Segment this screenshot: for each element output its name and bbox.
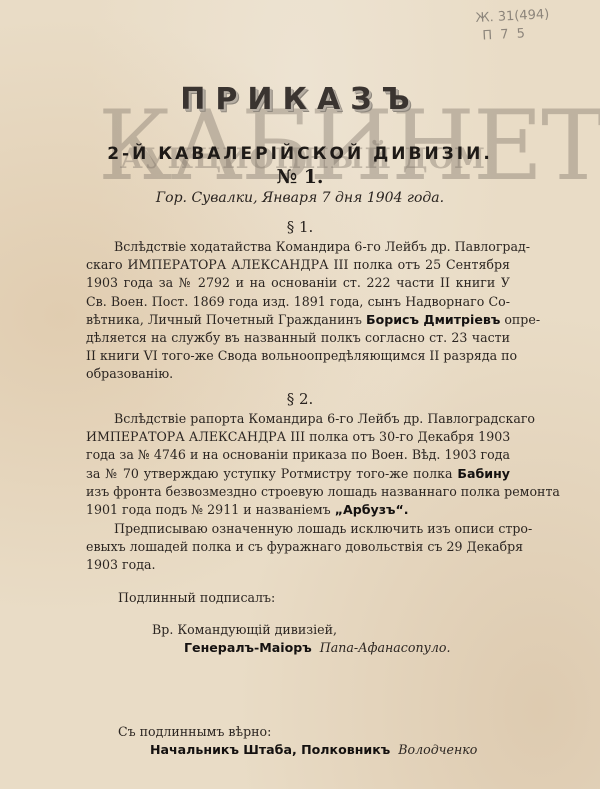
chief-title: Начальникъ Штаба, Полковникъ xyxy=(150,742,390,757)
text-line: 1903 года за № 2792 и на основаніи ст. 2… xyxy=(86,274,510,292)
text-line: 1901 года подъ № 2911 и названіемъ „Арбу… xyxy=(86,501,510,519)
text-fragment: 1901 года подъ № 2911 и названіемъ xyxy=(86,502,331,517)
person-name: Борисъ Дмитріевъ xyxy=(366,312,500,327)
section-2-heading: § 2. xyxy=(0,390,600,408)
place-date: Гор. Сувалки, Января 7 дня 1904 года. xyxy=(0,190,600,206)
division-subtitle: 2-Й КАВАЛЕРІЙСКОЙ ДИВИЗІИ. xyxy=(0,144,600,164)
pencil-inventory-note: Ж. 31(494) П 7 5 xyxy=(475,6,551,46)
pencil-note-line-1: Ж. 31(494) xyxy=(475,6,550,28)
document-page: Ж. 31(494) П 7 5 КАБИНЕТЪ АУКЦИОННЫЙ ДОМ… xyxy=(0,0,600,789)
section-2-instruction: Предписываю означенную лошадь исключить … xyxy=(86,520,510,575)
general-name: Папа-Афанасопуло. xyxy=(320,640,451,655)
page-title: ПРИКАЗЪ xyxy=(0,82,600,117)
acting-commander: Вр. Командующій дивизіей, xyxy=(152,622,337,637)
text-fragment: опре- xyxy=(504,312,540,327)
pencil-note-line-2: П 7 5 xyxy=(476,24,551,46)
horse-name: „Арбузъ“. xyxy=(335,502,409,517)
order-number: № 1. xyxy=(0,166,600,188)
certified-label: Съ подлиннымъ вѣрно: xyxy=(118,724,271,739)
section-2-body: Вслѣдствіе рапорта Командира 6-го Лейбъ … xyxy=(86,410,510,519)
chief-name: Володченко xyxy=(398,742,477,757)
general-rank: Генералъ-Маіоръ xyxy=(184,640,312,655)
text-line: II книги VI того-же Свода вольноопредѣля… xyxy=(86,347,510,365)
chief-of-staff-line: Начальникъ Штаба, Полковникъ Володченко xyxy=(150,742,477,757)
text-line: образованію. xyxy=(86,365,510,383)
text-line: Св. Воен. Пост. 1869 года изд. 1891 года… xyxy=(86,293,510,311)
text-line: Предписываю означенную лошадь исключить … xyxy=(86,520,510,538)
text-line: года за № 4746 и на основаніи приказа по… xyxy=(86,446,510,464)
text-line: изъ фронта безвозмездно строевую лошадь … xyxy=(86,483,510,501)
text-line: 1903 года. xyxy=(86,556,510,574)
text-line: скаго ИМПЕРАТОРА АЛЕКСАНДРА III полка от… xyxy=(86,256,510,274)
text-line: Вслѣдствіе ходатайства Командира 6-го Ле… xyxy=(86,238,510,256)
text-line: дѣляется на службу въ названный полкъ со… xyxy=(86,329,510,347)
text-line: вѣтника, Личный Почетный Гражданинъ Бори… xyxy=(86,311,510,329)
text-fragment: вѣтника, Личный Почетный Гражданинъ xyxy=(86,312,362,327)
text-line: Вслѣдствіе рапорта Командира 6-го Лейбъ … xyxy=(86,410,510,428)
text-fragment: за № 70 утверждаю уступку Ротмистру того… xyxy=(86,466,453,481)
general-signature-line: Генералъ-Маіоръ Папа-Афанасопуло. xyxy=(184,640,450,655)
signed-label: Подлинный подписалъ: xyxy=(118,590,275,605)
officer-name: Бабину xyxy=(457,466,510,481)
section-1-heading: § 1. xyxy=(0,218,600,236)
section-1-body: Вслѣдствіе ходатайства Командира 6-го Ле… xyxy=(86,238,510,384)
text-line: евыхъ лошадей полка и съ фуражнаго довол… xyxy=(86,538,510,556)
text-line: ИМПЕРАТОРА АЛЕКСАНДРА III полка отъ 30-г… xyxy=(86,428,510,446)
text-line: за № 70 утверждаю уступку Ротмистру того… xyxy=(86,465,510,483)
